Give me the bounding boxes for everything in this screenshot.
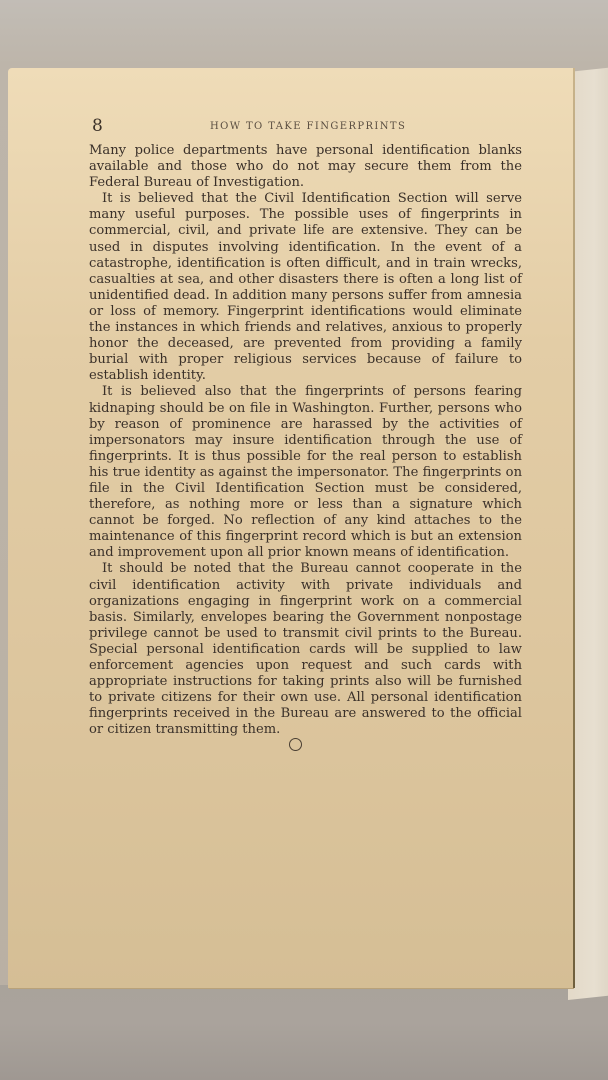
- paragraph-civil-identification-uses: It is believed that the Civil Identifica…: [89, 191, 522, 384]
- paragraph-blanks: Many police departments have personal id…: [89, 143, 522, 191]
- table-surface: [0, 985, 608, 1080]
- running-head-title: HOW TO TAKE FINGERPRINTS: [210, 121, 406, 132]
- paragraph-bureau-cooperation: It should be noted that the Bureau canno…: [89, 561, 522, 738]
- paragraph-kidnaping-impersonators: It is believed also that the fingerprint…: [89, 384, 522, 561]
- page-number: 8: [92, 116, 103, 136]
- circle-ornament-icon: [289, 738, 302, 751]
- book-page: 8 HOW TO TAKE FINGERPRINTS Many police d…: [8, 68, 573, 988]
- page-body: Many police departments have personal id…: [89, 143, 522, 738]
- running-head: 8 HOW TO TAKE FINGERPRINTS: [92, 116, 522, 138]
